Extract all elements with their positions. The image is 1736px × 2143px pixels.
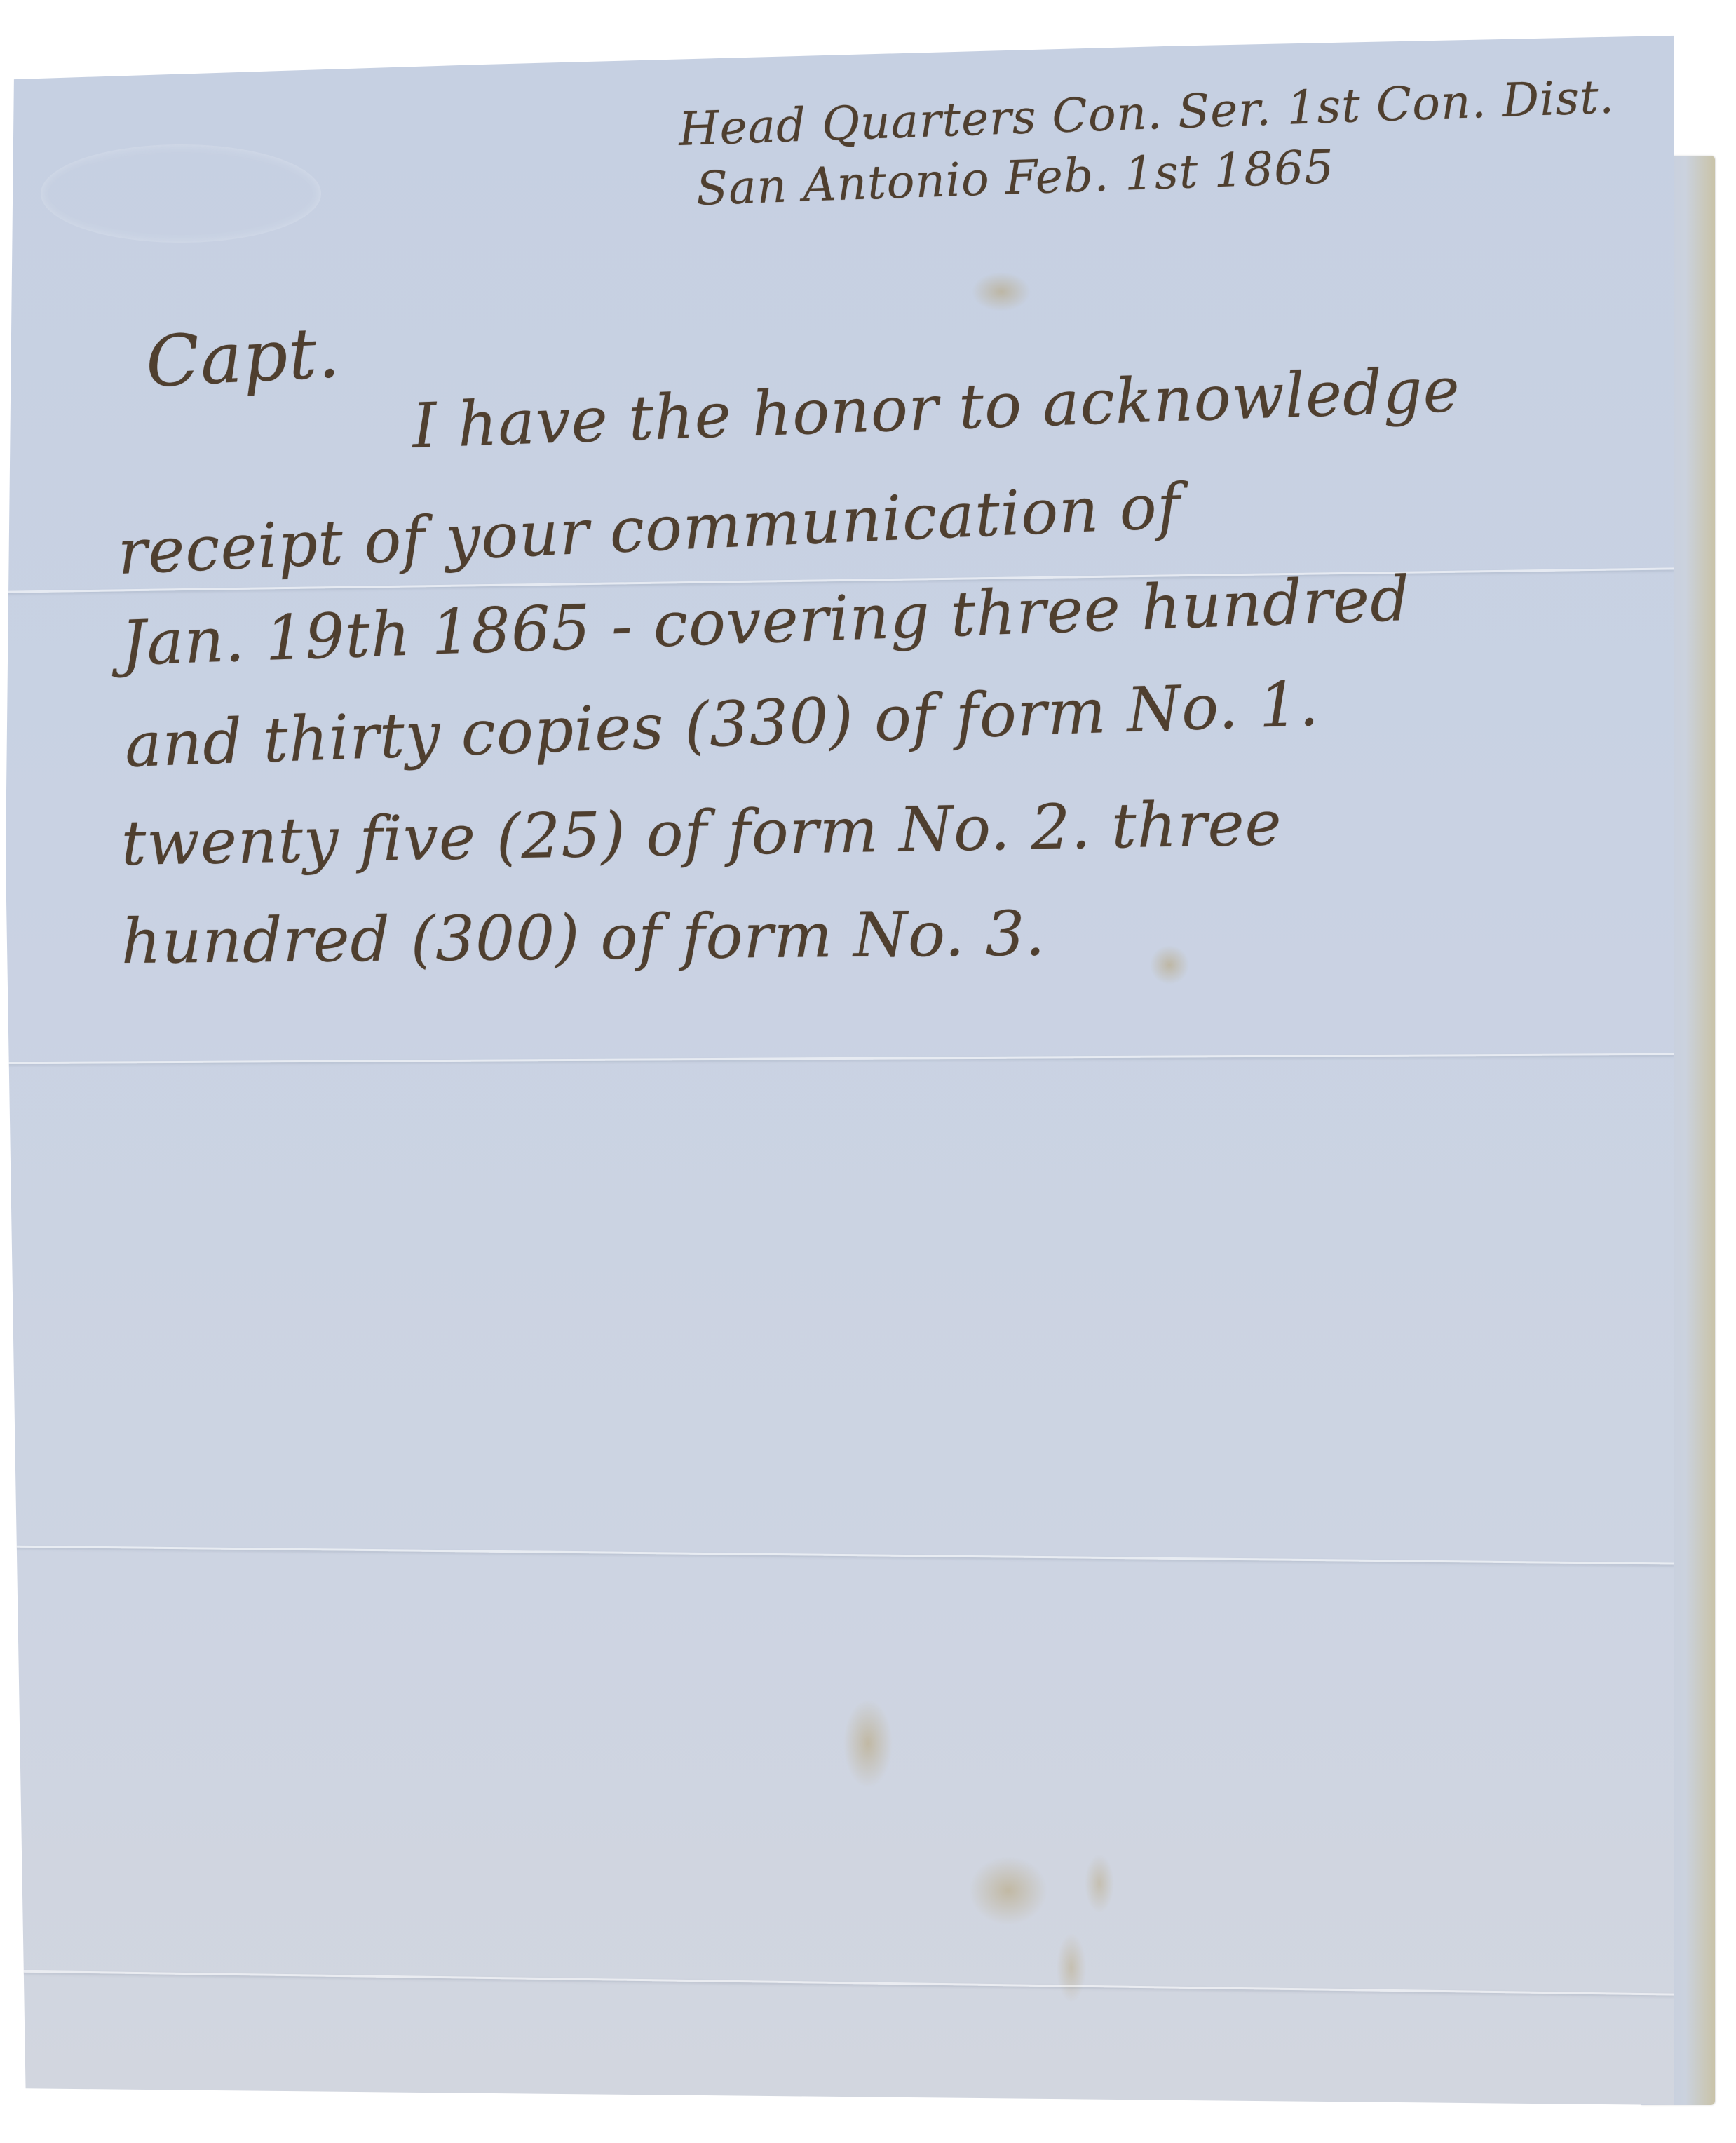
letter-body-line-1: I have the honor to acknowledge bbox=[411, 353, 1461, 462]
embossed-stamp-mark bbox=[41, 144, 321, 243]
letter-heading-headquarters: Head Quarters Con. Ser. 1st Con. Dist. bbox=[678, 69, 1615, 156]
fold-line bbox=[6, 1053, 1674, 1064]
letter-salutation: Capt. bbox=[144, 311, 342, 403]
letter-body-line-2: receipt of your communication of bbox=[116, 470, 1182, 588]
letter-body-line-5: twenty five (25) of form No. 2. three bbox=[121, 787, 1282, 879]
fold-line bbox=[6, 1970, 1674, 1995]
letter-sheet: Head Quarters Con. Ser. 1st Con. Dist. S… bbox=[6, 25, 1674, 2105]
letter-body-line-6: hundred (300) of form No. 3. bbox=[121, 897, 1046, 978]
fold-line bbox=[6, 1546, 1674, 1565]
letter-body-line-4: and thirty copies (330) of form No. 1. bbox=[123, 668, 1320, 781]
